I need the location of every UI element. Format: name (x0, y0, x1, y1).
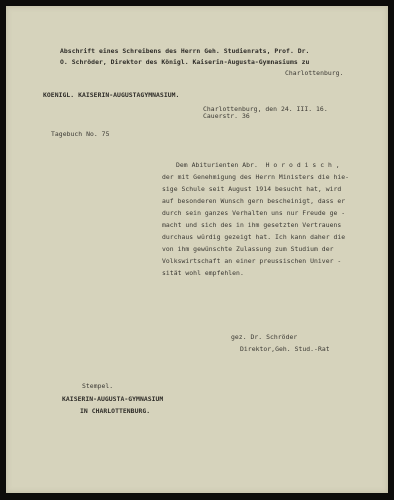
header-note-line-1: Abschrift eines Schreibens des Herrn Geh… (60, 47, 309, 55)
body-line: von ihm gewünschte Zulassung zum Studium… (162, 245, 334, 253)
journal-number: Tagebuch No. 75 (51, 130, 109, 138)
institution-heading: KOENIGL. KAISERIN-AUGUSTAGYMNASIUM. (43, 91, 179, 99)
header-note-line-3: Charlottenburg. (285, 69, 343, 77)
body-line: durchaus würdig gezeigt hat. Ich kann da… (162, 233, 345, 241)
document-page: Abschrift eines Schreibens des Herrn Geh… (6, 6, 388, 493)
body-line: Dem Abiturienten Abr. H o r o d i s c h … (176, 161, 340, 169)
signature-title: Direktor,Geh. Stud.-Rat (240, 345, 330, 353)
stamp-line-2: IN CHARLOTTENBURG. (80, 407, 150, 415)
address: Cauerstr. 36 (203, 113, 250, 120)
body-line: macht und sich des in ihm gesetzten Vert… (162, 221, 341, 229)
body-line: sige Schule seit August 1914 besucht hat… (162, 185, 341, 193)
stamp-line-1: KAISERIN-AUGUSTA-GYMNASIUM (62, 395, 163, 403)
body-line: durch sein ganzes Verhalten uns nur Freu… (162, 209, 345, 217)
body-line: Volkswirtschaft an einer preussischen Un… (162, 257, 341, 265)
header-note-line-2: O. Schröder, Direktor des Königl. Kaiser… (60, 58, 309, 66)
signature: gez. Dr. Schröder (231, 333, 297, 341)
body-line: auf besonderen Wunsch gern bescheinigt, … (162, 197, 345, 205)
body-line: der mit Genehmigung des Herrn Ministers … (162, 173, 349, 181)
stamp-label: Stempel. (82, 382, 113, 390)
body-line: sität wohl empfehlen. (162, 269, 244, 277)
